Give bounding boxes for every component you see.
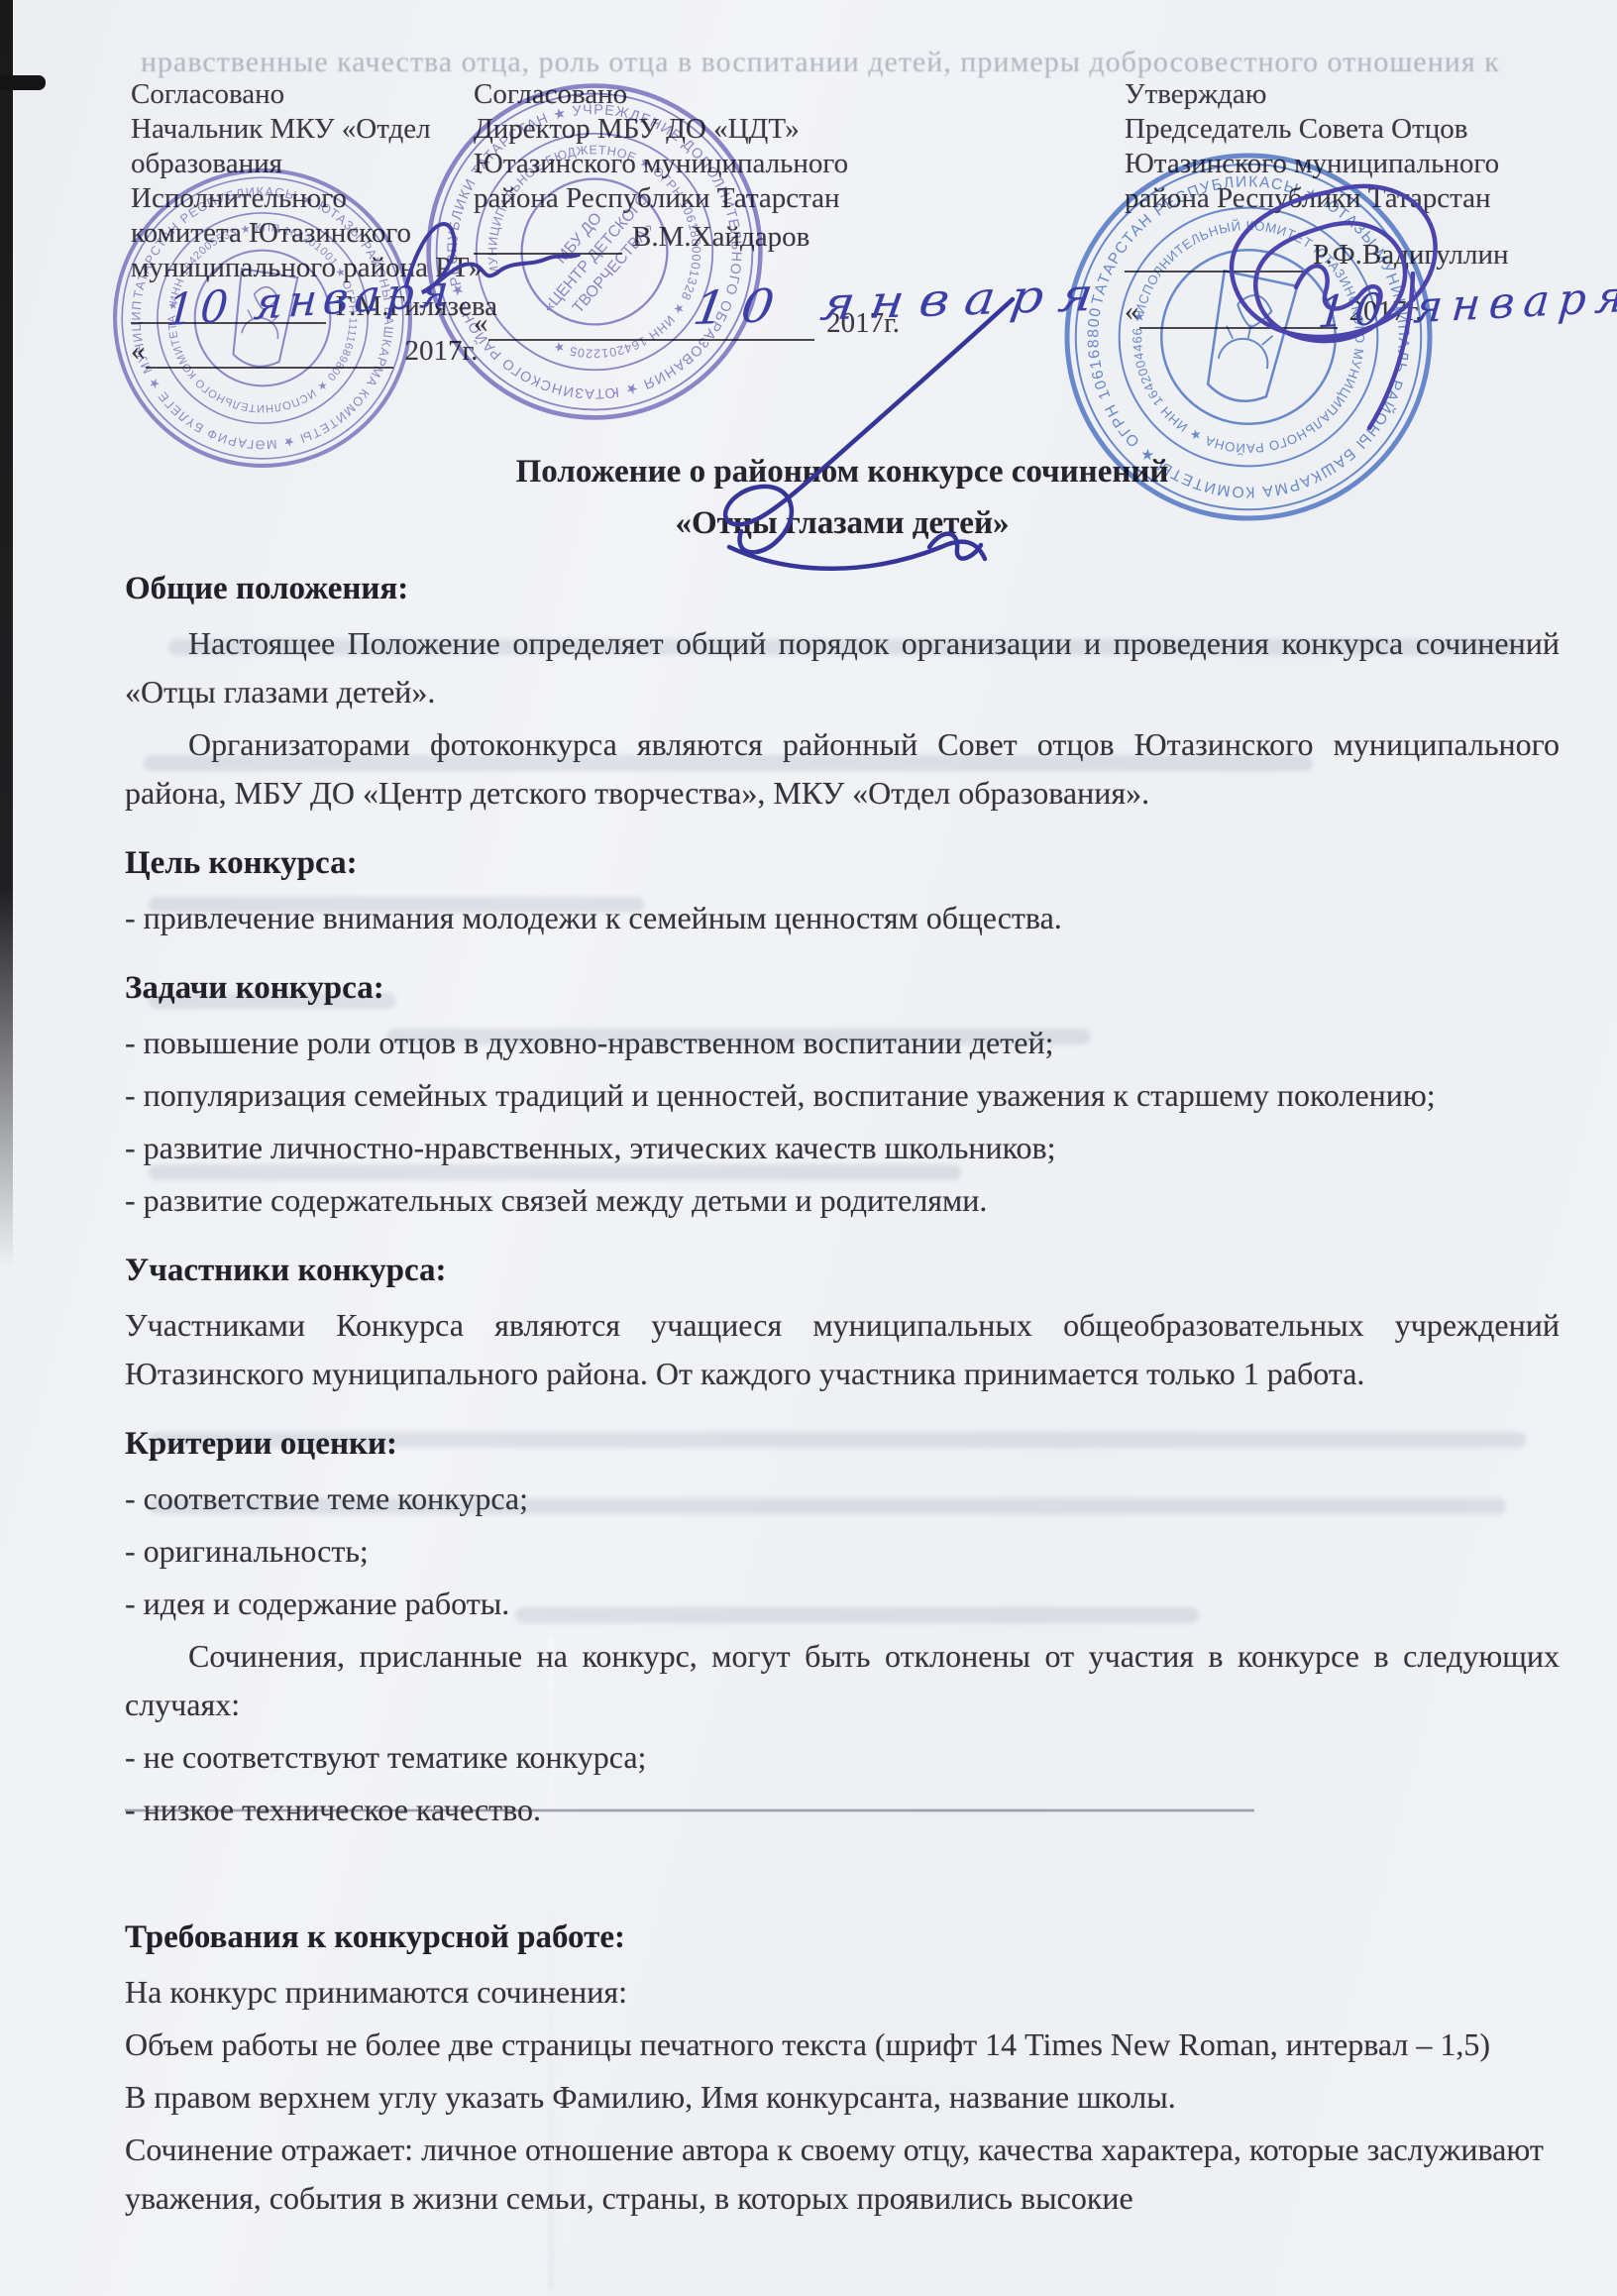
paragraph: Объем работы не более две страницы печат…	[125, 2021, 1560, 2069]
paragraph: - повышение роли отцов в духовно-нравств…	[125, 1019, 1560, 1067]
signature-ink-vadigullin	[1179, 157, 1476, 454]
paragraph: - идея и содержание работы.	[125, 1580, 1560, 1628]
scanned-page: нравственные качества отца, роль отца в …	[0, 0, 1617, 2296]
section-heading: Задачи конкурса:	[125, 964, 1560, 1013]
page-edge-shadow	[0, 0, 13, 1268]
approval-status: Утверждаю	[1125, 77, 1590, 112]
section-heading: Участники конкурса:	[125, 1247, 1560, 1295]
signature-ink-gilyazeva	[394, 203, 622, 307]
paragraph: Сочинение отражает: личное отношение авт…	[125, 2126, 1560, 2223]
section-heading: Цель конкурса:	[125, 839, 1560, 888]
paragraph: В правом верхнем углу указать Фамилию, И…	[125, 2073, 1560, 2122]
section-heading: Требования к конкурсной работе:	[125, 1913, 1560, 1962]
paragraph: На конкурс принимаются сочинения:	[125, 1968, 1560, 2017]
paragraph: Сочинения, присланные на конкурс, могут …	[125, 1632, 1560, 1729]
paragraph: - оригинальность;	[125, 1527, 1560, 1576]
paragraph: - соответствие теме конкурса;	[125, 1475, 1560, 1523]
bleed-through-text: нравственные качества отца, роль отца в …	[141, 46, 1567, 79]
paragraph: - привлечение внимания молодежи к семейн…	[125, 894, 1560, 942]
scan-artifact	[0, 75, 46, 90]
document-body: Положение о районном конкурсе сочинений …	[125, 446, 1560, 2227]
paragraph: Участниками Конкурса являются учащиеся м…	[125, 1301, 1560, 1398]
signature-ink-khaidarov	[634, 287, 1030, 595]
section-heading: Критерии оценки:	[125, 1420, 1560, 1469]
paragraph: - развитие личностно-нравственных, этиче…	[125, 1124, 1560, 1172]
paragraph: - развитие содержательных связей между д…	[125, 1176, 1560, 1225]
paragraph: - не соответствуют тематике конкурса;	[125, 1733, 1560, 1782]
paragraph: - популяризация семейных традиций и ценн…	[125, 1071, 1560, 1120]
paragraph: Организаторами фотоконкурса являются рай…	[125, 720, 1560, 818]
paragraph-with-smudge-line: - низкое техническое качество.	[125, 1786, 1560, 1834]
paragraph: Настоящее Положение определяет общий пор…	[125, 619, 1560, 716]
approval-status: Согласовано	[131, 77, 497, 112]
